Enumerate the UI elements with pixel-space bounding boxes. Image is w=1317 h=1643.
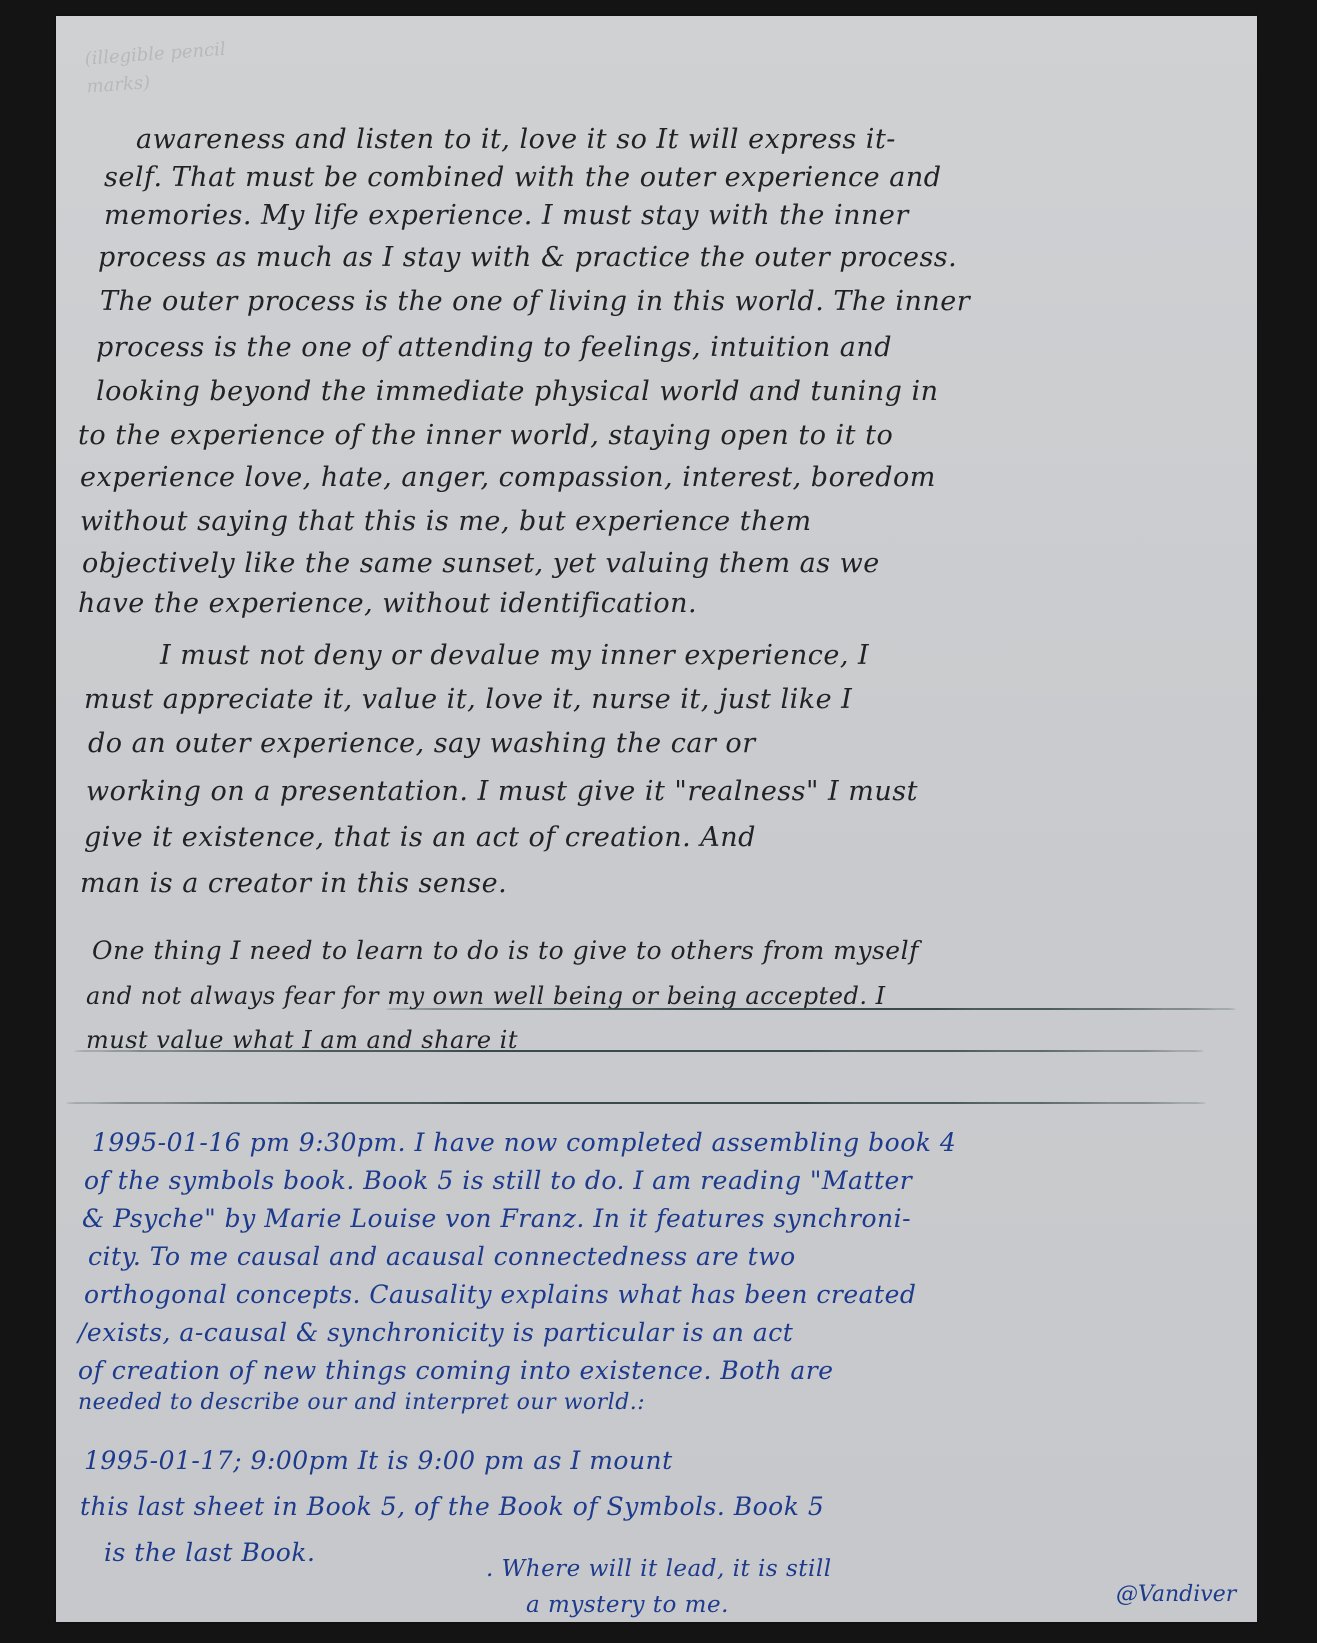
journal-entry-line: is the last Book. bbox=[104, 1538, 315, 1567]
signature: @Vandiver bbox=[1116, 1582, 1236, 1607]
text-line: man is a creator in this sense. bbox=[80, 868, 507, 899]
journal-entry-line: /exists, a-causal & synchronicity is par… bbox=[78, 1318, 793, 1347]
text-line: I must not deny or devalue my inner expe… bbox=[160, 640, 869, 671]
underline-mark bbox=[386, 1008, 1236, 1010]
text-line: One thing I need to learn to do is to gi… bbox=[92, 936, 919, 965]
journal-entry-line: . Where will it lead, it is still bbox=[486, 1556, 832, 1582]
journal-entry-line: & Psyche" by Marie Louise von Franz. In … bbox=[82, 1204, 911, 1233]
text-line: looking beyond the immediate physical wo… bbox=[96, 376, 939, 407]
journal-entry-line: orthogonal concepts. Causality explains … bbox=[84, 1280, 916, 1309]
text-line: process as much as I stay with & practic… bbox=[98, 242, 957, 273]
journal-entry-line: 1995-01-16 pm 9:30pm. I have now complet… bbox=[92, 1128, 956, 1157]
text-line: experience love, hate, anger, compassion… bbox=[80, 462, 936, 493]
journal-entry-line: city. To me causal and acausal connected… bbox=[88, 1242, 796, 1271]
journal-entry-line: of creation of new things coming into ex… bbox=[78, 1356, 834, 1385]
underline-mark bbox=[66, 1102, 1206, 1104]
text-line: to the experience of the inner world, st… bbox=[78, 420, 893, 451]
faint-pencil-note: (illegible pencil marks) bbox=[84, 35, 248, 116]
journal-entry-line: this last sheet in Book 5, of the Book o… bbox=[80, 1492, 824, 1521]
text-line: have the experience, without identificat… bbox=[78, 588, 697, 619]
text-line: give it existence, that is an act of cre… bbox=[84, 822, 756, 853]
paper-sheet: (illegible pencil marks) awareness and l… bbox=[56, 16, 1257, 1622]
text-line: self. That must be combined with the out… bbox=[104, 162, 942, 193]
text-line: memories. My life experience. I must sta… bbox=[104, 200, 909, 231]
text-line: must appreciate it, value it, love it, n… bbox=[84, 684, 852, 715]
journal-entry-line: 1995-01-17; 9:00pm It is 9:00 pm as I mo… bbox=[84, 1446, 673, 1475]
text-line: process is the one of attending to feeli… bbox=[96, 332, 892, 363]
text-line: awareness and listen to it, love it so I… bbox=[136, 124, 896, 155]
journal-entry-line: a mystery to me. bbox=[526, 1592, 729, 1618]
journal-entry-line: of the symbols book. Book 5 is still to … bbox=[84, 1166, 912, 1195]
text-line: objectively like the same sunset, yet va… bbox=[82, 548, 880, 579]
text-line: working on a presentation. I must give i… bbox=[86, 776, 918, 807]
underline-mark bbox=[74, 1050, 1204, 1052]
text-line: do an outer experience, say washing the … bbox=[88, 728, 756, 759]
journal-entry-line: needed to describe our and interpret our… bbox=[78, 1390, 645, 1415]
text-line: without saying that this is me, but expe… bbox=[80, 506, 812, 537]
text-line: The outer process is the one of living i… bbox=[100, 286, 970, 317]
text-line: and not always fear for my own well bein… bbox=[86, 982, 886, 1010]
